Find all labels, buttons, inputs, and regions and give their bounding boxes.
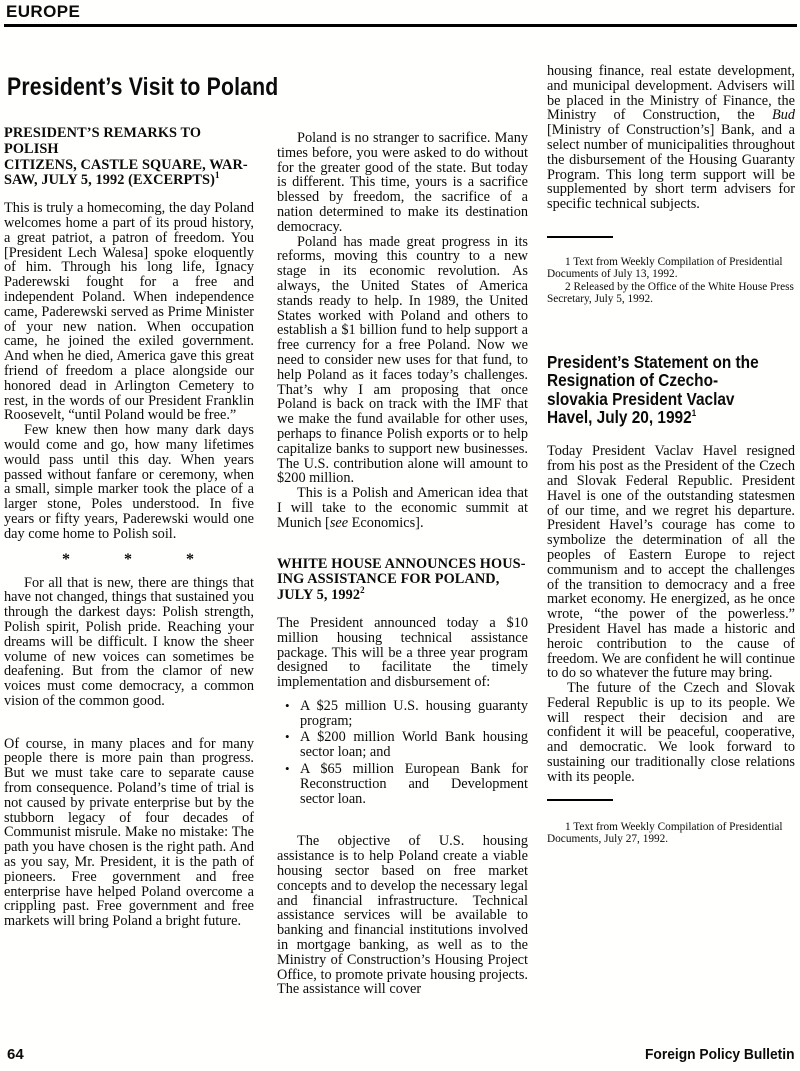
header-rule xyxy=(4,24,797,27)
remarks-heading-line: SAW, JULY 5, 1992 (EXCERPTS)1 xyxy=(4,173,254,189)
body-paragraph: For all that is new, there are things th… xyxy=(4,576,254,709)
paragraph-text: [Ministry of Construction’s] Bank, and a… xyxy=(547,122,795,212)
body-paragraph: housing finance, real estate development… xyxy=(547,64,795,212)
body-paragraph: Poland is no stranger to sacrifice. Many… xyxy=(277,131,528,235)
page-number: 64 xyxy=(7,1046,24,1063)
bullet-text: A $25 million U.S. housing guaranty prog… xyxy=(300,699,528,729)
remarks-heading-line-text: SAW, JULY 5, 1992 (EXCERPTS) xyxy=(4,172,215,188)
star-glyph: * xyxy=(186,552,194,568)
body-paragraph: This is a Polish and American idea that … xyxy=(277,486,528,530)
article2-title-line: Havel, July 20, 19921 xyxy=(547,408,765,426)
housing-heading-line: WHITE HOUSE ANNOUNCES HOUS- xyxy=(277,557,528,573)
article2-title: President’s Statement on the Resignation… xyxy=(547,353,765,426)
bullet-text: A $200 million World Bank housing sector… xyxy=(300,730,528,760)
footnote-rule xyxy=(547,799,613,801)
document-page: EUROPE President’s Visit to Poland PRESI… xyxy=(0,0,800,1071)
star-glyph: * xyxy=(62,552,70,568)
body-paragraph: The future of the Czech and Slovak Feder… xyxy=(547,681,795,785)
remarks-heading: PRESIDENT’S REMARKS TO POLISH CITIZENS, … xyxy=(4,126,254,189)
body-paragraph: This is truly a homecoming, the day Pola… xyxy=(4,201,254,423)
list-item: •A $25 million U.S. housing guaranty pro… xyxy=(285,699,528,729)
footnote-rule xyxy=(547,236,613,238)
column-1: PRESIDENT’S REMARKS TO POLISH CITIZENS, … xyxy=(4,126,254,929)
body-paragraph: Few knew then how many dark days would c… xyxy=(4,423,254,541)
body-paragraph: Today President Vaclav Havel resigned fr… xyxy=(547,444,795,681)
footnote: 1 Text from Weekly Compilation of Presid… xyxy=(547,821,795,846)
column-2: Poland is no stranger to sacrifice. Many… xyxy=(277,131,528,997)
housing-heading-line: ING ASSISTANCE FOR POLAND, xyxy=(277,572,528,588)
body-paragraph: The President announced today a $10 mill… xyxy=(277,616,528,690)
column-3: housing finance, real estate development… xyxy=(547,64,795,845)
bullet-dot: • xyxy=(285,730,300,760)
footnote-block: 1 Text from Weekly Compilation of Presid… xyxy=(547,256,795,305)
section-header: EUROPE xyxy=(6,2,80,22)
italic-text: Bud xyxy=(772,107,795,123)
body-paragraph: Poland has made great progress in its re… xyxy=(277,235,528,487)
article2-title-line: slovakia President Vaclav xyxy=(547,390,765,408)
bullet-dot: • xyxy=(285,762,300,806)
article2-title-line: Resignation of Czecho- xyxy=(547,371,765,389)
heading-footnote-ref: 1 xyxy=(215,171,220,181)
article2-title-line: President’s Statement on the xyxy=(547,353,765,371)
footnote-block: 1 Text from Weekly Compilation of Presid… xyxy=(547,821,795,846)
stars-separator: * * * xyxy=(62,552,194,568)
body-paragraph: Of course, in many places and for many p… xyxy=(4,737,254,929)
housing-heading: WHITE HOUSE ANNOUNCES HOUS- ING ASSISTAN… xyxy=(277,557,528,604)
star-glyph: * xyxy=(124,552,132,568)
article2-title-line-text: Havel, July 20, 1992 xyxy=(547,407,692,427)
paragraph-text: housing finance, real estate development… xyxy=(547,63,795,123)
footnote: 2 Released by the Office of the White Ho… xyxy=(547,281,795,306)
journal-name: Foreign Policy Bulletin xyxy=(645,1046,795,1063)
list-item: •A $65 million European Bank for Reconst… xyxy=(285,762,528,806)
list-item: •A $200 million World Bank housing secto… xyxy=(285,730,528,760)
body-paragraph: The objective of U.S. housing assistance… xyxy=(277,834,528,997)
bullet-dot: • xyxy=(285,699,300,729)
italic-text: see xyxy=(330,515,348,531)
housing-heading-line: JULY 5, 19922 xyxy=(277,588,528,604)
paragraph-text: Economics]. xyxy=(348,515,423,531)
heading-footnote-ref: 1 xyxy=(692,408,696,418)
bullet-text: A $65 million European Bank for Reconstr… xyxy=(300,762,528,806)
footnote: 1 Text from Weekly Compilation of Presid… xyxy=(547,256,795,281)
article1-title: President’s Visit to Poland xyxy=(7,73,278,102)
heading-footnote-ref: 2 xyxy=(360,585,365,595)
remarks-heading-line: PRESIDENT’S REMARKS TO POLISH xyxy=(4,126,254,158)
bullet-list: •A $25 million U.S. housing guaranty pro… xyxy=(277,699,528,807)
housing-heading-line-text: JULY 5, 1992 xyxy=(277,587,360,603)
